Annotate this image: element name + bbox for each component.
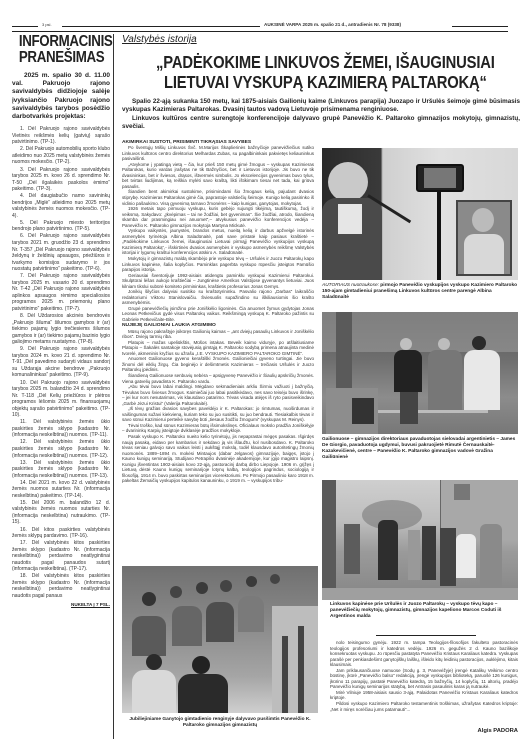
body-paragraph: Mokytojų ir gimnazistų maldą skambėjo pr… <box>122 256 314 273</box>
body-paragraph: Geriausiai šventorijuje 1992-aisiais ati… <box>122 273 314 290</box>
article-headline: „PADĖKOKIME LINKUVOS ŽEMEI, IŠAUGINUSIAI… <box>128 52 523 92</box>
photo-caption: Linkuvos kapinėse prie Uršulės ir Juozo … <box>330 602 520 620</box>
agenda-item: 2. Dėl Pakruojo automobilių sporto klubo… <box>12 146 110 166</box>
agenda-item: 17. Dėl valstybinės kitos paskirties žem… <box>12 540 110 573</box>
notice-intro: 2025 m. spalio 30 d. 11.00 val. Pakruojo… <box>12 72 110 121</box>
agenda-item: 5. Dėl Pakruojo miesto teritorijos bendr… <box>12 220 110 233</box>
body-paragraph: 1926 metais tapo pirmuoju vyskupu, kuris… <box>122 206 314 228</box>
body-paragraph: Jonikių šilyčios dalyviai susitiko su kr… <box>122 289 314 306</box>
photo-caption: Gailionuose – gimnazijos direktoriaus pa… <box>322 437 518 461</box>
agenda-item: 16. Dėl kitos paskirties valstybinės žem… <box>12 527 110 540</box>
column-divider <box>113 34 114 739</box>
body-paragraph: Mirė Vilniuje 1958-aisiais sausio 3-ąją.… <box>330 690 518 701</box>
body-paragraph: Po šventųjų Mišių Linkuvos Švč. M.Marijo… <box>122 145 314 162</box>
photo-speaker <box>322 148 518 280</box>
photo-gailionys-group <box>322 312 518 434</box>
body-paragraph: „Atvykome į ypatingą vietą – čia, kur pr… <box>122 162 314 190</box>
agenda-item: 3. Dėl Pakruojo rajono savivaldybės tary… <box>12 167 110 193</box>
body-paragraph: Mūsų rajono pakraštyje įsikūręs Gailioni… <box>122 329 314 340</box>
page-number: 3 psl. <box>42 22 52 27</box>
running-head: 3 psl. AUKSINĖ VARPA 2025 m. spalio 21 d… <box>12 22 518 30</box>
body-paragraph: Platupis – mažas upeliūkštis, Mūšos inta… <box>122 340 314 357</box>
photo-credit: AUTORIAUS nuotraukose: <box>322 283 379 288</box>
running-head-rule <box>62 26 260 27</box>
agenda-item: 18. Dėl valstybinės kitos paskirties žem… <box>12 573 110 599</box>
body-paragraph: Anuomet Gailionuose gyveno keraštiški žm… <box>122 356 314 373</box>
notice-title-line2: PRANEŠIMAS <box>19 50 103 66</box>
photo-audience <box>122 566 318 713</box>
body-paragraph: Šiandien bent akimirkai sustokime, prisi… <box>122 189 314 206</box>
agenda-item: 12. Dėl valstybinės žemės ūkio paskirtie… <box>12 439 110 459</box>
running-head-rule <box>12 26 38 27</box>
lead-paragraph: Spalio 22-ąją sukanka 150 metų, kai 1875… <box>122 98 520 113</box>
agenda-item: 10. Dėl Pakruojo rajono savivaldybės tar… <box>12 380 110 419</box>
agenda-item: 6. Dėl Pakruojo rajono savivaldybės tary… <box>12 233 110 272</box>
body-paragraph: Pasak vyskupo K. Paltaroko nueito kelio … <box>122 434 314 484</box>
section-rule <box>376 635 476 636</box>
agenda-item: 9. Dėl Pakruojo rajono savivaldybės tary… <box>12 346 110 379</box>
notice-title-line1: INFORMACINIS <box>19 34 103 50</box>
agenda-item: 13. Dėl valstybinės žemės ūkio paskirtie… <box>12 460 110 480</box>
running-head-rule <box>452 26 508 27</box>
photo-caption: AUTORIAUS nuotraukose: pirmojo Panevėžio… <box>322 283 518 301</box>
masthead: AUKSINĖ VARPA 2025 m. spalio 21 d., antr… <box>264 22 401 27</box>
agenda-item: 15. Dėl 2006 m. balandžio 12 d. valstybi… <box>12 500 110 526</box>
notice-column: INFORMACINIS PRANEŠIMAS 2025 m. spalio 3… <box>12 34 110 607</box>
article-body-left: AKIMIRKAI SUSTOTI, PRISIMINTI TIKRĄSIAS … <box>122 139 314 484</box>
lead-paragraph: Linkuvos kultūros centre surengtoje konf… <box>122 115 520 130</box>
body-paragraph: Pildosi vyskupo Kazimiero Paltaroko test… <box>330 701 518 712</box>
agenda-item: 7. Dėl Pakruojo rajono savivaldybės tary… <box>12 273 110 312</box>
body-paragraph: „Iš tėvų gražias dvasios savybes paveldė… <box>122 406 314 423</box>
body-paragraph: Šiandieną Gailionuose senbuvių nebėra – … <box>122 373 314 384</box>
photo-caption: Jubiliejiniame Ganytojo gimtadienio reng… <box>122 717 318 729</box>
body-paragraph: „Abu tėvai buvo labai maldingi. Mėgdavo … <box>122 384 314 406</box>
body-paragraph: Vyskupo vaikystės, jaunystės, brandos me… <box>122 228 314 256</box>
body-paragraph: Grupė panevėžiečių įsimžino prie Joniškė… <box>122 306 314 323</box>
agenda-item: 8. Dėl Uždarosios akcinės bendrovės „Pak… <box>12 313 110 346</box>
body-paragraph: Tėvai troško, kad sūnus Kazimieras būtų … <box>122 423 314 434</box>
body-paragraph: nolo teisingumo gynėju. 1922 m. tampa Te… <box>330 640 518 668</box>
agenda-item: 11. Dėl valstybinės žemės ūkio paskirtie… <box>12 419 110 439</box>
article-lead: Spalio 22-ąją sukanka 150 metų, kai 1875… <box>122 98 520 131</box>
article-body-right: nolo teisingumo gynėju. 1922 m. tampa Te… <box>330 640 518 712</box>
section-kicker: Valstybės istorija <box>122 34 197 45</box>
author-signature: Algis PADORA <box>478 728 518 734</box>
agenda-item: 14. Dėl 2021 m. kovo 22 d. valstybinės ž… <box>12 480 110 500</box>
agenda-item: 4. Dėl daugiabučio namo savininkų bendri… <box>12 193 110 219</box>
agenda-list: 1. Dėl Pakruojo rajono savivaldybės Viet… <box>12 126 110 599</box>
top-rule <box>12 31 508 32</box>
continued-link[interactable]: NUKELTA Į 7 PSL. <box>12 602 110 607</box>
photo-cemetery <box>322 480 518 600</box>
body-paragraph: Jam priklausančiuose namuose (Sodų g. 3,… <box>330 668 518 690</box>
agenda-item: 1. Dėl Pakruojo rajono savivaldybės Viet… <box>12 126 110 146</box>
